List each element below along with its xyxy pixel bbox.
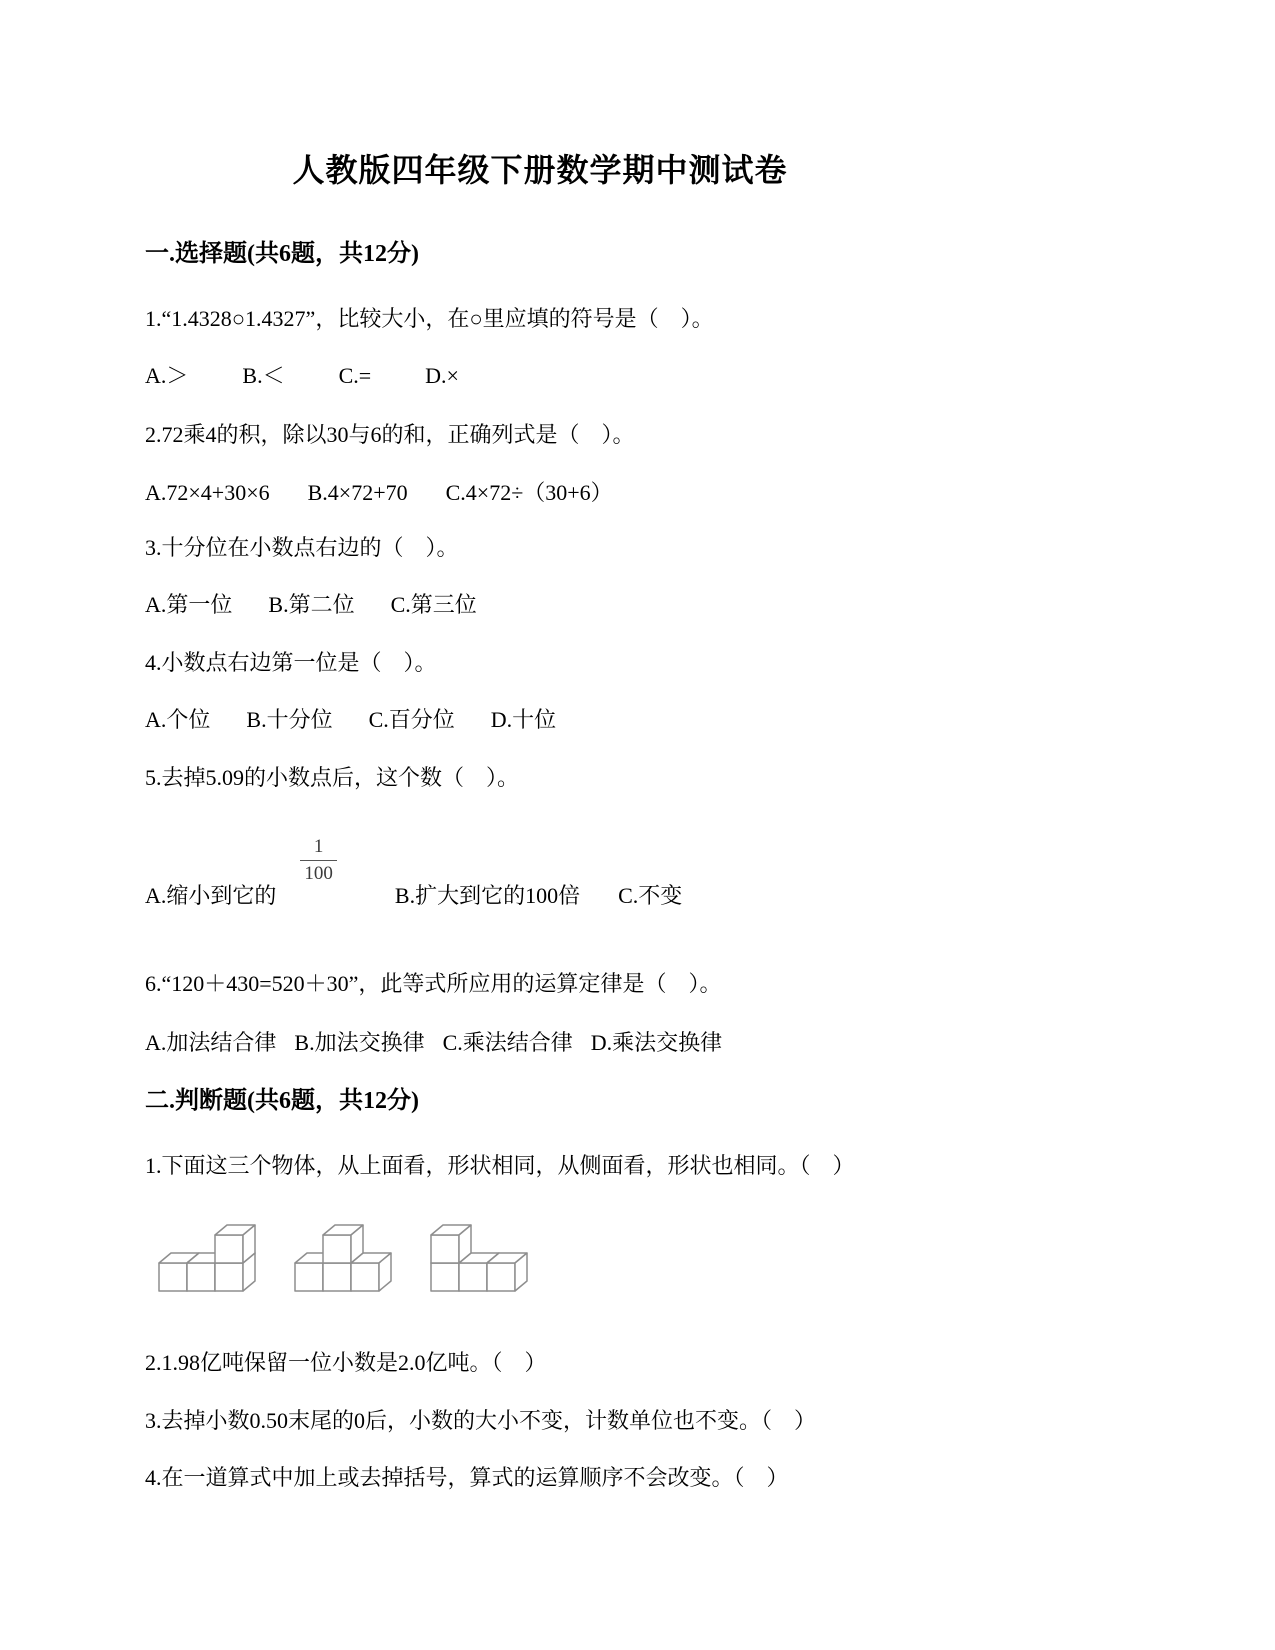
test-paper-page: 人教版四年级下册数学期中测试卷 一.选择题(共6题，共12分) 1.“1.432… xyxy=(0,0,1275,1650)
question-s1-q2: 2.72乘4的积，除以30与6的和，正确列式是（ ）。 xyxy=(145,420,1135,450)
cube-figure-top-middle xyxy=(291,1203,403,1297)
fraction-numerator: 1 xyxy=(300,837,337,860)
question-s1-q3: 3.十分位在小数点右边的（ ）。 xyxy=(145,533,1135,563)
options-s1-q6: A.加法结合律 B.加法交换律 C.乘法结合律 D.乘法交换律 xyxy=(145,1028,1135,1058)
options-s1-q5: A.缩小到它的 1 100 B.扩大到它的100倍 C.不变 xyxy=(145,865,1135,911)
option-s1-q1-b: B.＜ xyxy=(242,361,284,391)
question-s2-q1: 1.下面这三个物体，从上面看，形状相同，从侧面看，形状也相同。（ ） xyxy=(145,1151,1135,1181)
option-s1-q4-d: D.十位 xyxy=(491,705,556,735)
option-s1-q3-b: B.第二位 xyxy=(268,590,354,620)
options-s1-q1: A.＞ B.＜ C.= D.× xyxy=(145,361,1135,391)
cube-figure-top-left xyxy=(427,1203,539,1297)
options-s1-q2: A.72×4+30×6 B.4×72+70 C.4×72÷（30+6） xyxy=(145,478,1135,508)
option-s1-q6-a: A.加法结合律 xyxy=(145,1028,276,1058)
option-s1-q5-c: C.不变 xyxy=(618,881,682,911)
option-s1-q1-d: D.× xyxy=(425,361,459,391)
option-s1-q6-d: D.乘法交换律 xyxy=(591,1028,722,1058)
section2-heading: 二.判断题(共6题，共12分) xyxy=(145,1086,1135,1116)
fraction-one-hundredth: 1 100 xyxy=(300,837,337,883)
option-s1-q4-a: A.个位 xyxy=(145,705,210,735)
options-s1-q3: A.第一位 B.第二位 C.第三位 xyxy=(145,590,1135,620)
option-s1-q4-c: C.百分位 xyxy=(369,705,455,735)
option-s1-q2-a: A.72×4+30×6 xyxy=(145,478,270,508)
option-s1-q4-b: B.十分位 xyxy=(246,705,332,735)
option-s1-q5-b: B.扩大到它的100倍 xyxy=(395,881,580,911)
option-s1-q1-a: A.＞ xyxy=(145,361,188,391)
page-title: 人教版四年级下册数学期中测试卷 xyxy=(145,148,935,192)
option-s1-q3-c: C.第三位 xyxy=(391,590,477,620)
cube-figures-row xyxy=(155,1203,1135,1297)
section1-heading: 一.选择题(共6题，共12分) xyxy=(145,239,1135,269)
question-s2-q3: 3.去掉小数0.50末尾的0后，小数的大小不变，计数单位也不变。（ ） xyxy=(145,1406,1135,1436)
fraction-denominator: 100 xyxy=(300,860,337,883)
option-s1-q5-a-label: A.缩小到它的 xyxy=(145,881,276,911)
question-s1-q1: 1.“1.4328○1.4327”，比较大小，在○里应填的符号是（ ）。 xyxy=(145,304,1135,334)
option-s1-q2-b: B.4×72+70 xyxy=(308,478,408,508)
option-s1-q6-c: C.乘法结合律 xyxy=(443,1028,573,1058)
question-s1-q5: 5.去掉5.09的小数点后，这个数（ ）。 xyxy=(145,763,1135,793)
option-s1-q2-c: C.4×72÷（30+6） xyxy=(446,478,613,508)
question-s2-q2: 2.1.98亿吨保留一位小数是2.0亿吨。（ ） xyxy=(145,1348,1135,1378)
cube-figure-top-right xyxy=(155,1203,267,1297)
option-s1-q1-c: C.= xyxy=(339,361,372,391)
option-s1-q3-a: A.第一位 xyxy=(145,590,232,620)
question-s2-q4: 4.在一道算式中加上或去掉括号，算式的运算顺序不会改变。（ ） xyxy=(145,1463,1135,1493)
option-s1-q6-b: B.加法交换律 xyxy=(294,1028,424,1058)
options-s1-q4: A.个位 B.十分位 C.百分位 D.十位 xyxy=(145,705,1135,735)
question-s1-q4: 4.小数点右边第一位是（ ）。 xyxy=(145,648,1135,678)
question-s1-q6: 6.“120＋430=520＋30”，此等式所应用的运算定律是（ ）。 xyxy=(145,969,1135,999)
